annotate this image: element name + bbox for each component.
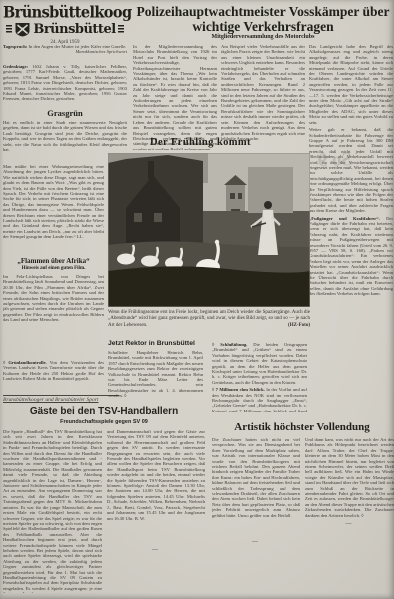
rektor-headline: Jetzt Rektor in Brunsbüttel xyxy=(108,340,206,347)
sports-headline: Gäste bei den TSV-Handballern xyxy=(3,406,205,417)
artistik-col-2: Und dann kam, was nicht nur nach der Art… xyxy=(305,437,394,519)
masthead: Brünsbüttelkoog Brünsbüttel 24. April 19… xyxy=(3,4,127,45)
crest-icon xyxy=(14,22,31,37)
note-2-label: ◊ 7 Millionen cbm Schlick. xyxy=(212,387,265,392)
photo-credit: (HZ-Foto) xyxy=(288,323,310,329)
article-col-1: In der Mitgliederversammlung des Motorcl… xyxy=(133,44,217,150)
note-item: ◊ 7 Millionen cbm Schlick. In der Vorflu… xyxy=(212,387,307,412)
gedenktage-text: 1632 Johann v. Tilly, kaiserlicher Feldh… xyxy=(3,64,127,101)
tagespruch-source: Marokkanisches Sprichwort xyxy=(3,49,127,54)
main-headline: Polizeihauptwachtmeister Vosskämper über… xyxy=(134,5,392,35)
article-col-2: Am Beispiel vieler Verkehrsunfälle aus d… xyxy=(221,44,305,150)
farmhouse xyxy=(108,155,203,248)
film-text: Im Fela-Lichtspielhaus von Dönges bei Br… xyxy=(3,274,104,358)
note-1-text: Die beiden Ortsgruppen „Brunsbüttel“ und… xyxy=(212,342,307,385)
note-item: ◊ Schlußübung. Die beiden Ortsgruppen „B… xyxy=(212,342,307,385)
article-col-3: Das Landgericht habe den Begriff des Alk… xyxy=(309,44,393,416)
tagespruch-label: Tagespruch: xyxy=(3,44,27,49)
column-end-rule: — xyxy=(305,521,394,527)
artistik-col-1: Die Zuschauer hatten sich nicht zu viel … xyxy=(212,437,300,537)
article-inline-heading: „Fußgänger und Kraftfahrer“. xyxy=(309,216,380,221)
film-heading: „Flammen über Afrika“ xyxy=(3,257,104,265)
article-col-3-para-3: „Fußgänger und Kraftfahrer“. Der Fußgäng… xyxy=(309,216,393,297)
article-inline-text: Der Fußgänger dürfe die Fahrbahn erst be… xyxy=(309,216,393,297)
tagespruch-text: In den Augen der Mutter ist jeder Käfer … xyxy=(27,44,126,49)
gruenland-note: ◊ Grünlandkontrolle. Von dem Vorsitzende… xyxy=(3,360,104,392)
masthead-title-bottom: Brünsbüttel xyxy=(33,22,115,37)
masthead-title-row: Brünsbüttel xyxy=(3,22,127,37)
sports-col-2: und Damenmannschaft wird gegen die Gäste… xyxy=(107,429,205,545)
spring-photo xyxy=(108,153,310,307)
grasgruen-text-b: Man müßte bei einer Wohnungseinweihung e… xyxy=(3,164,104,255)
article-col-3-para-2: Weiter gab er bekannt, daß die Schadenfr… xyxy=(309,127,393,214)
newspaper-page: So 9 Brünsbüttelkoog Brünsbüttel 24. Apr… xyxy=(0,0,394,599)
tagespruch: Tagespruch: In den Augen der Mutter ist … xyxy=(3,44,127,63)
spring-headline: Der Frühling kommt xyxy=(150,137,310,148)
grasgruen-heading: Grasgrün xyxy=(3,108,127,118)
spring-photo-illustration xyxy=(108,153,310,307)
ornament-left xyxy=(6,25,12,34)
ornament-right xyxy=(118,25,124,34)
notes-column: ◊ Schlußübung. Die beiden Ortsgruppen „B… xyxy=(212,342,307,412)
sport-section-divider: Brunsbüttelkooger und Brunsbütteler Spor… xyxy=(3,395,119,403)
film-subheading: Hinweis auf einen guten Film. xyxy=(3,266,104,271)
gedenktage: Gedenktage: 1632 Johann v. Tilly, kaiser… xyxy=(3,64,127,106)
photo-caption: Wenn die Frühlingssonne erst ins Freie l… xyxy=(108,310,310,329)
rektor-text: Schulleiter Hauptlehrer Heinrich Behn, B… xyxy=(108,350,203,408)
sports-subheadline: Freundschaftsspiele gegen SV 09 xyxy=(3,419,205,425)
gedenktage-label: Gedenktage: xyxy=(3,64,28,69)
column-end-rule: — xyxy=(212,539,300,545)
caption-text: Wenn die Frühlingssonne erst ins Freie l… xyxy=(108,310,310,328)
masthead-title-top: Brünsbüttelkoog xyxy=(3,3,127,21)
artistik-headline: Artistik höchster Vollendung xyxy=(210,421,394,433)
article-col-3-para-1: Das Landgericht habe den Begriff des Alk… xyxy=(309,44,393,125)
gruenland-label: ◊ Grünlandkontrolle. xyxy=(3,360,47,365)
main-subhead: Mitgliederversammlung des Motorclubs xyxy=(134,34,392,40)
note-1-label: ◊ Schlußübung. xyxy=(212,342,247,347)
column-end-rule: — xyxy=(107,547,205,553)
sports-col-1: Die Sparte „Handball“ des TSV Brunsbütte… xyxy=(3,429,102,593)
